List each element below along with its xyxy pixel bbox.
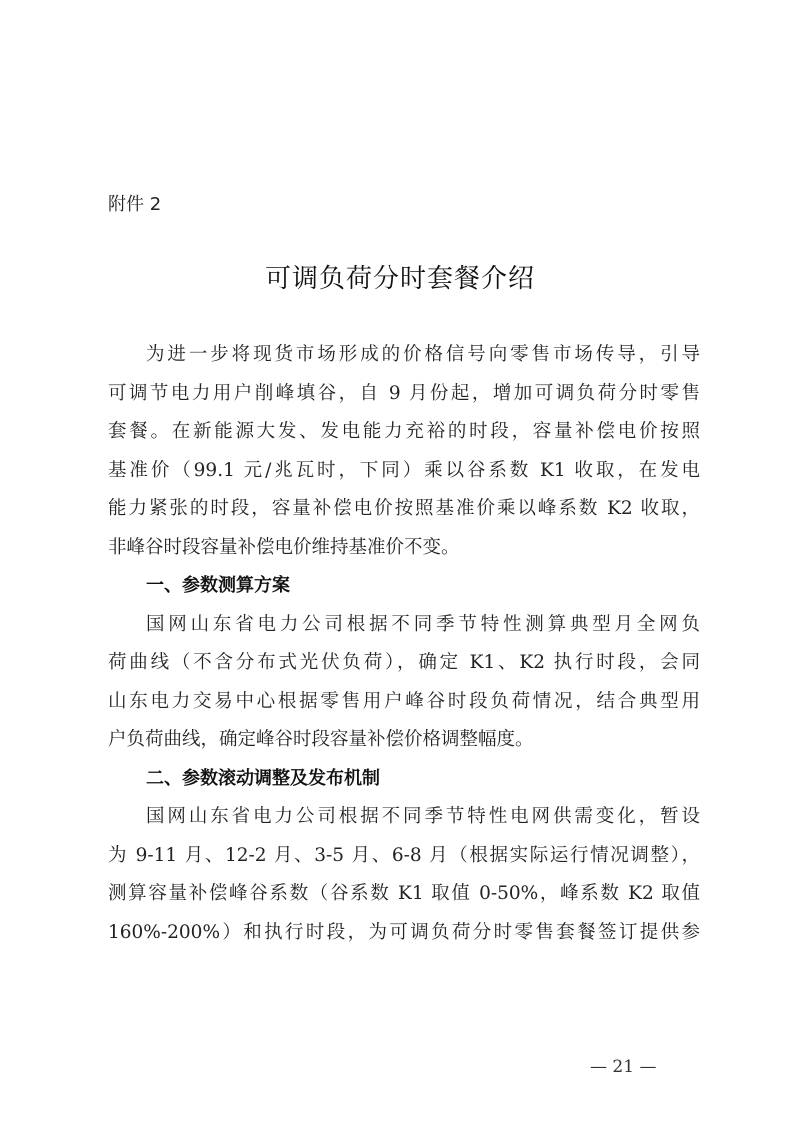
section-2-line: 国网山东省电力公司根据不同季节特性电网供需变化，暂设 (108, 798, 700, 837)
intro-line: 可调节电力用户削峰填谷，自 9 月份起，增加可调负荷分时零售 (108, 375, 700, 414)
intro-line: 套餐。在新能源大发、发电能力充裕的时段，容量补偿电价按照 (108, 413, 700, 452)
document-title: 可调负荷分时套餐介绍 (0, 258, 800, 295)
section-2-line: 160%-200%）和执行时段，为可调负荷分时零售套餐签订提供参 (108, 914, 700, 953)
intro-line: 基准价（99.1 元/兆瓦时，下同）乘以谷系数 K1 收取，在发电 (108, 452, 700, 491)
attachment-label: 附件 2 (108, 190, 161, 216)
section-1-line: 国网山东省电力公司根据不同季节特性测算典型月全网负 (108, 606, 700, 645)
page-number: — 21 — (590, 1057, 656, 1077)
section-2-line: 测算容量补偿峰谷系数（谷系数 K1 取值 0-50%，峰系数 K2 取值 (108, 875, 700, 914)
section-1-line: 山东电力交易中心根据零售用户峰谷时段负荷情况，结合典型用 (108, 683, 700, 722)
section-heading-2: 二、参数滚动调整及发布机制 (108, 760, 700, 799)
document-page: 附件 2 可调负荷分时套餐介绍 为进一步将现货市场形成的价格信号向零售市场传导，… (0, 0, 800, 1131)
intro-line: 为进一步将现货市场形成的价格信号向零售市场传导，引导 (108, 336, 700, 375)
intro-line: 非峰谷时段容量补偿电价维持基准价不变。 (108, 529, 700, 568)
section-2-line: 为 9-11 月、12-2 月、3-5 月、6-8 月（根据实际运行情况调整）， (108, 837, 700, 876)
section-1-line: 荷曲线（不含分布式光伏负荷），确定 K1、K2 执行时段，会同 (108, 644, 700, 683)
document-body: 为进一步将现货市场形成的价格信号向零售市场传导，引导 可调节电力用户削峰填谷，自… (108, 336, 700, 952)
section-1-line: 户负荷曲线，确定峰谷时段容量补偿价格调整幅度。 (108, 721, 700, 760)
intro-line: 能力紧张的时段，容量补偿电价按照基准价乘以峰系数 K2 收取， (108, 490, 700, 529)
section-heading-1: 一、参数测算方案 (108, 567, 700, 606)
